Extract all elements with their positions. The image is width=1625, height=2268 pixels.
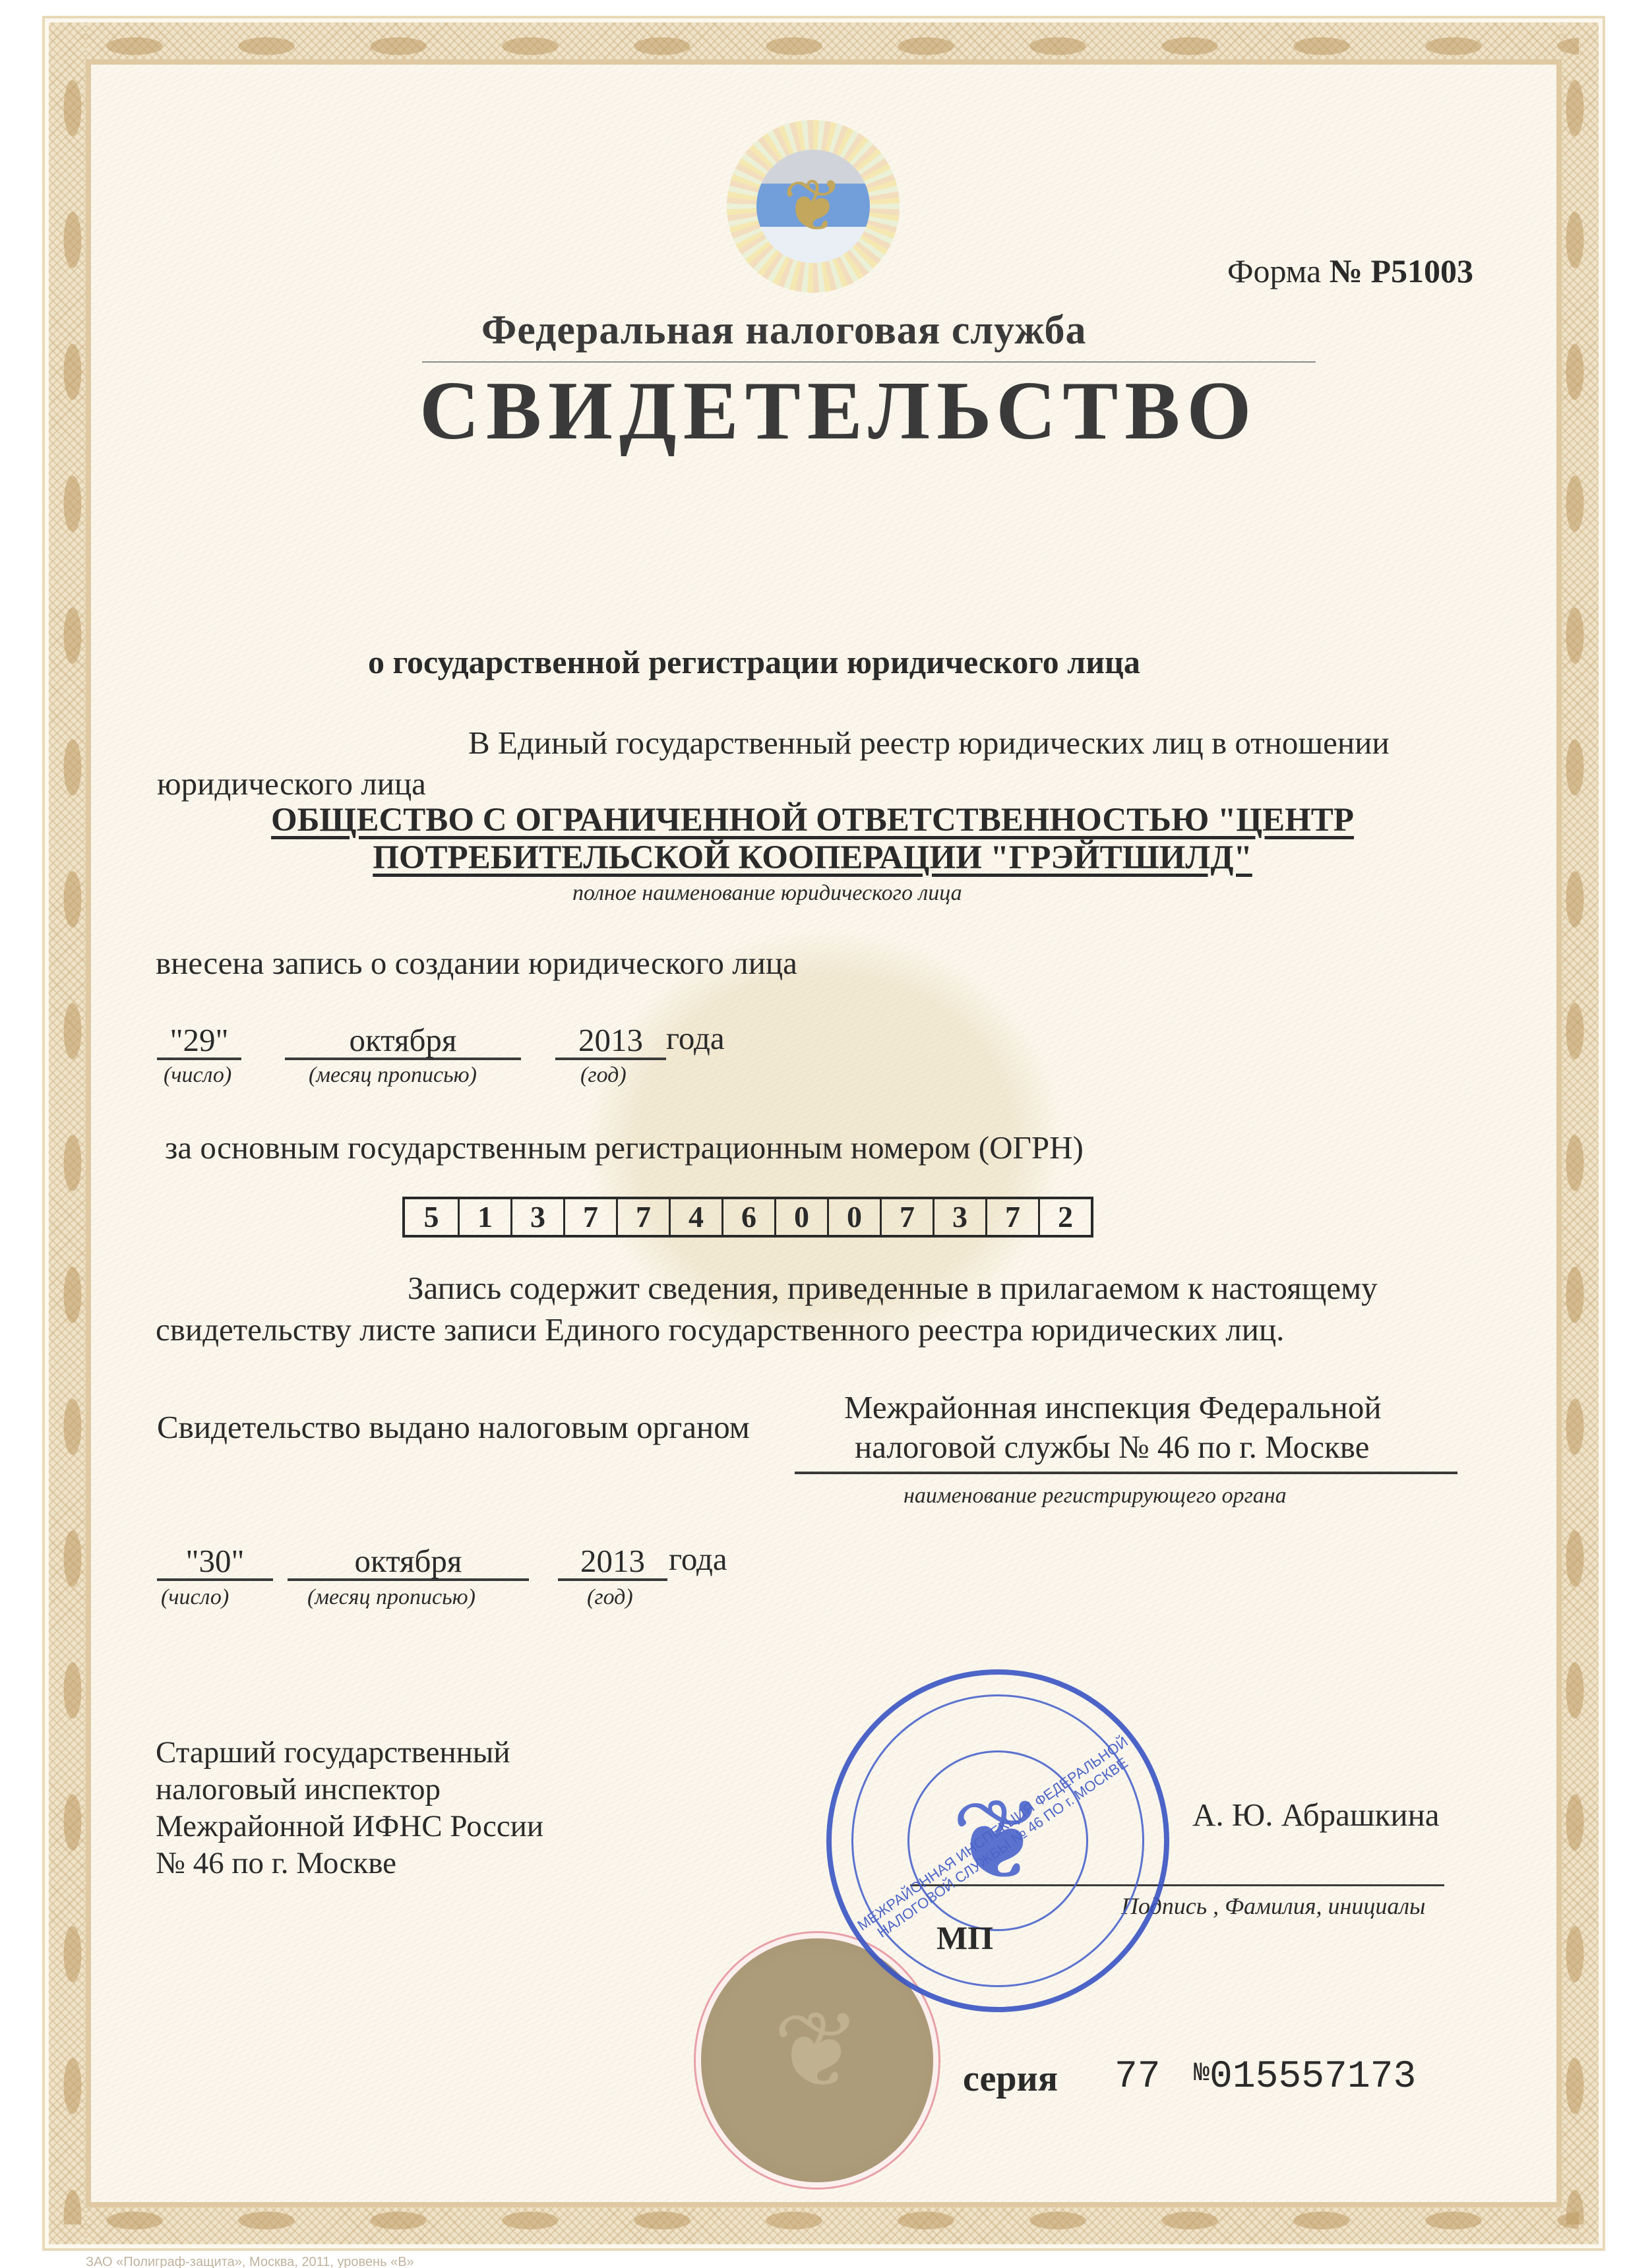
issuer-caption: наименование регистрирующего органа	[904, 1483, 1287, 1508]
ogrn-digit: 7	[563, 1199, 616, 1235]
border-ornament-top	[69, 33, 1579, 59]
ogrn-digit: 6	[721, 1199, 774, 1235]
record-year-caption: (год)	[580, 1063, 627, 1088]
form-number-sign: №	[1330, 253, 1363, 289]
series-value: 77	[1115, 2056, 1161, 2099]
certificate-number-value: 015557173	[1210, 2056, 1416, 2099]
intro-line-2: юридического лица	[157, 765, 426, 802]
issue-month: октября	[288, 1541, 529, 1581]
record-month-caption: (месяц прописью)	[309, 1063, 477, 1088]
issue-year-caption: (год)	[587, 1585, 633, 1610]
record-month: октября	[285, 1021, 521, 1060]
company-name-caption: полное наименование юридического лица	[572, 881, 962, 906]
form-number: Форма № Р51003	[1227, 252, 1473, 290]
russian-coat-of-arms-icon: ❦	[783, 170, 843, 243]
ogrn-digit: 7	[985, 1199, 1038, 1235]
record-day: "29"	[157, 1021, 241, 1060]
issue-day-caption: (число)	[161, 1585, 229, 1610]
signatory-position-line-4: № 46 по г. Москве	[156, 1845, 543, 1882]
border-ornament-left	[59, 42, 86, 2224]
hologram-seal: ❦	[727, 120, 900, 293]
official-stamp: ❦ МЕЖРАЙОННАЯ ИНСПЕКЦИЯ ФЕДЕРАЛЬНОЙ НАЛО…	[826, 1669, 1169, 2012]
record-year: 2013	[555, 1021, 666, 1060]
ogrn-digit: 3	[933, 1199, 985, 1235]
ogrn-digit: 1	[458, 1199, 510, 1235]
record-text: внесена запись о создании юридического л…	[156, 944, 797, 982]
ogrn-digit: 2	[1038, 1199, 1091, 1235]
certificate-number: №015557173	[1194, 2056, 1416, 2099]
border-ornament-bottom	[69, 2207, 1579, 2234]
record-year-suffix: года	[666, 1019, 725, 1057]
ogrn-digit: 7	[616, 1199, 669, 1235]
series-label: серия	[963, 2058, 1058, 2100]
ogrn-digit: 0	[774, 1199, 827, 1235]
issue-month-caption: (месяц прописью)	[307, 1585, 475, 1610]
signatory-position: Старший государственный налоговый инспек…	[156, 1734, 543, 1882]
signatory-position-line-1: Старший государственный	[156, 1734, 543, 1771]
note-line-1: Запись содержит сведения, приведенные в …	[408, 1269, 1378, 1307]
issuer-name-line-1: Межрайонная инспекция Федеральной	[844, 1388, 1382, 1426]
note-line-2: свидетельству листе записи Единого госуд…	[156, 1311, 1284, 1348]
company-name-line-1: ОБЩЕСТВО С ОГРАНИЧЕННОЙ ОТВЕТСТВЕННОСТЬЮ…	[0, 801, 1625, 839]
form-label: Форма	[1227, 253, 1321, 289]
eagle-emboss-icon: ❦	[773, 1988, 861, 2112]
issue-year-suffix: года	[669, 1540, 727, 1578]
agency-name: Федеральная налоговая служба	[481, 307, 1086, 354]
signatory-name: А. Ю. Абрашкина	[1192, 1796, 1440, 1834]
company-name-line-2: ПОТРЕБИТЕЛЬСКОЙ КООПЕРАЦИИ "ГРЭЙТШИЛД"	[0, 839, 1625, 877]
issuer-label: Свидетельство выдано налоговым органом	[157, 1408, 750, 1446]
ogrn-digit: 7	[880, 1199, 933, 1235]
issue-day: "30"	[157, 1541, 273, 1581]
form-number-value: Р51003	[1371, 253, 1474, 289]
ogrn-digit: 3	[510, 1199, 563, 1235]
ogrn-digit: 4	[669, 1199, 721, 1235]
signatory-position-line-2: налоговый инспектор	[156, 1771, 543, 1808]
document-title: СВИДЕТЕЛЬСТВО	[419, 364, 1258, 459]
issue-year: 2013	[558, 1541, 667, 1581]
ogrn-digit: 5	[405, 1199, 458, 1235]
mp-label: МП	[936, 1919, 993, 1957]
printer-imprint: ЗАО «Полиграф-защита», Москва, 2011, уро…	[86, 2255, 414, 2268]
signatory-position-line-3: Межрайонной ИФНС России	[156, 1808, 543, 1845]
document-subtitle: о государственной регистрации юридическо…	[368, 643, 1140, 681]
record-day-caption: (число)	[164, 1063, 231, 1088]
issuer-underline	[795, 1472, 1457, 1474]
issuer-name-line-2: налоговой службы № 46 по г. Москве	[855, 1428, 1369, 1466]
certificate-number-sign: №	[1194, 2059, 1210, 2089]
ogrn-number-boxes: 5137746007372	[402, 1197, 1093, 1238]
ogrn-label: за основным государственным регистрацион…	[165, 1129, 1084, 1166]
signature-caption: Подпись , Фамилия, инициалы	[1121, 1892, 1425, 1920]
intro-line-1: В Единый государственный реестр юридичес…	[468, 724, 1390, 761]
border-ornament-right	[1562, 42, 1588, 2224]
agency-divider	[422, 361, 1316, 363]
ogrn-digit: 0	[827, 1199, 880, 1235]
